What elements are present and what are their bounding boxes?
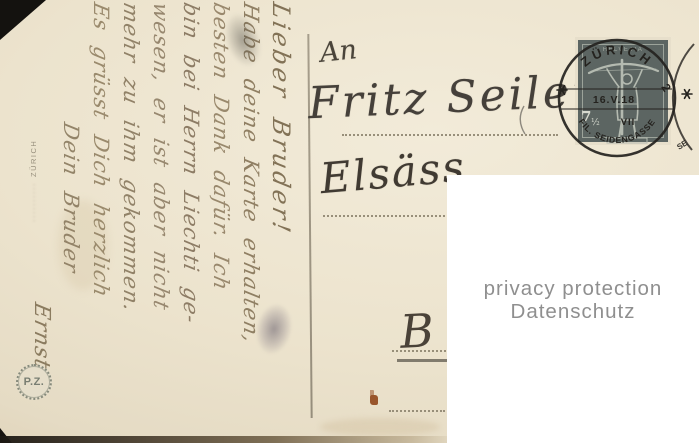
address-line2: Elsäss <box>318 142 468 204</box>
address-dotted-line <box>392 350 450 352</box>
postmark-time-code: VII <box>621 117 636 128</box>
stray-cancel-mark <box>520 106 525 134</box>
address-salutation: An <box>318 34 358 69</box>
message-rotated-block: Lieber Bruder! Habe deine Karte erhalten… <box>16 6 296 434</box>
message-line: Habe deine Karte erhalten, <box>236 0 266 434</box>
handwritten-message: Lieber Bruder! Habe deine Karte erhalten… <box>16 6 296 434</box>
message-line: Es grüsst Dich herzlich <box>86 0 116 434</box>
privacy-text-en: privacy protection <box>447 277 699 300</box>
message-line: Lieber Bruder! <box>266 0 296 434</box>
rust-fleck <box>370 395 378 405</box>
publisher-imprint: ··········ZÜRICH <box>29 102 43 222</box>
message-line: bin bei Herrn Liechti ge- <box>176 0 206 434</box>
postcard: Lieber Bruder! Habe deine Karte erhalten… <box>0 0 699 443</box>
stamp-and-postmark: HELVETIA 7 ½ <box>510 10 699 168</box>
address-dotted-line <box>323 215 449 217</box>
imprint-city: ZÜRICH <box>29 140 38 177</box>
address-dotted-line <box>389 410 445 412</box>
second-strike-letters: SE <box>675 138 689 152</box>
photo-background: Lieber Bruder! Habe deine Karte erhalten… <box>0 0 699 443</box>
paper-stain <box>320 418 440 436</box>
postmark-date: 16.V.18 <box>593 94 635 106</box>
publisher-logo: P.Z. <box>16 364 52 400</box>
privacy-text-de: Datenschutz <box>447 300 699 323</box>
imprint-illegible-text: ·········· <box>29 182 38 222</box>
message-line: Dein Bruder <box>56 120 86 434</box>
card-edge-shadow <box>0 436 458 443</box>
message-line: besten Dank dafür. Ich <box>206 0 236 434</box>
privacy-overlay: privacy protection Datenschutz <box>447 175 699 443</box>
message-line: wesen, er ist aber nicht <box>146 0 176 434</box>
message-line: mehr zu ihm gekommen. <box>116 0 146 434</box>
publisher-logo-text: P.Z. <box>24 376 45 388</box>
